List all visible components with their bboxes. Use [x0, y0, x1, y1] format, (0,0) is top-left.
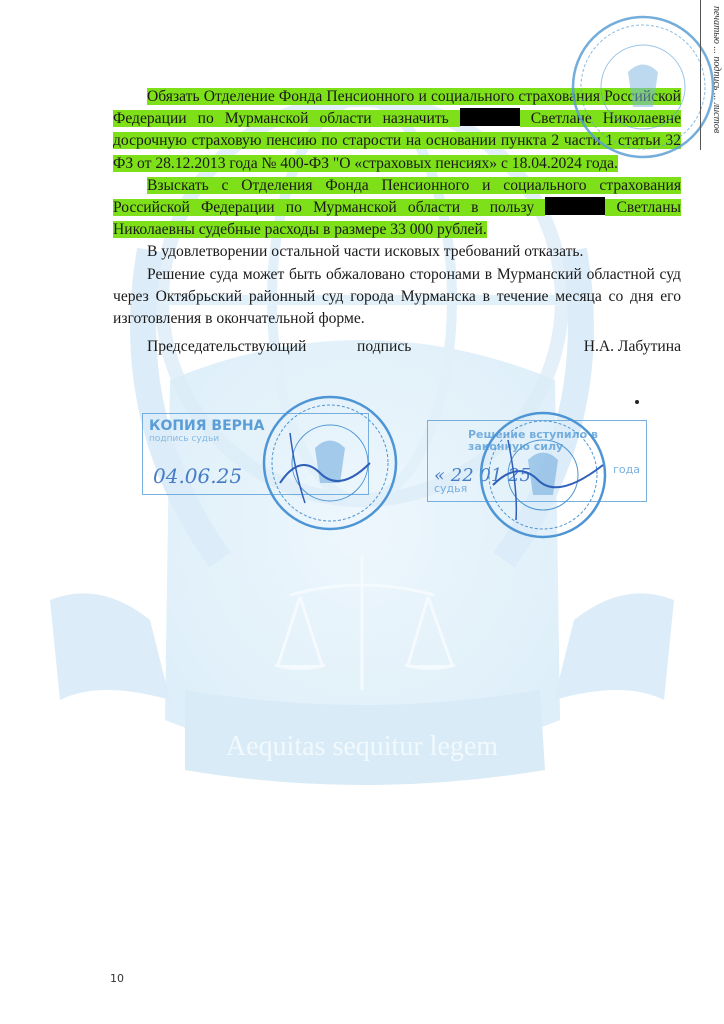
court-seal-left: [260, 393, 400, 533]
svg-text:Aequitas sequitur legem: Aequitas sequitur legem: [226, 731, 498, 762]
presiding-label: Председательствующий: [147, 338, 306, 356]
page-number: 10: [110, 972, 124, 985]
margin-rule: [700, 0, 701, 150]
signature-line: Председательствующий подпись Н.А. Лабути…: [147, 338, 681, 360]
redacted-surname: [545, 197, 605, 215]
redacted-surname: [460, 108, 520, 126]
court-seal-right: [478, 410, 608, 540]
effect-stamp-year: года: [613, 463, 640, 476]
court-seal-top: [568, 12, 718, 162]
margin-note: печатью ... подпись ... листов: [700, 6, 722, 156]
effect-stamp-judge: судья: [434, 482, 467, 495]
signature-placeholder: подпись: [357, 338, 411, 356]
paragraph-appeal: Решение суда может быть обжаловано сторо…: [113, 264, 681, 331]
copy-stamp-date: 04.06.25: [153, 464, 242, 488]
judge-name: Н.А. Лабутина: [584, 338, 681, 356]
paragraph-recovery: Взыскать с Отделения Фонда Пенсионного и…: [113, 175, 681, 242]
ink-dot: [635, 400, 639, 404]
paragraph-refusal: В удовлетворении остальной части исковых…: [113, 241, 681, 263]
